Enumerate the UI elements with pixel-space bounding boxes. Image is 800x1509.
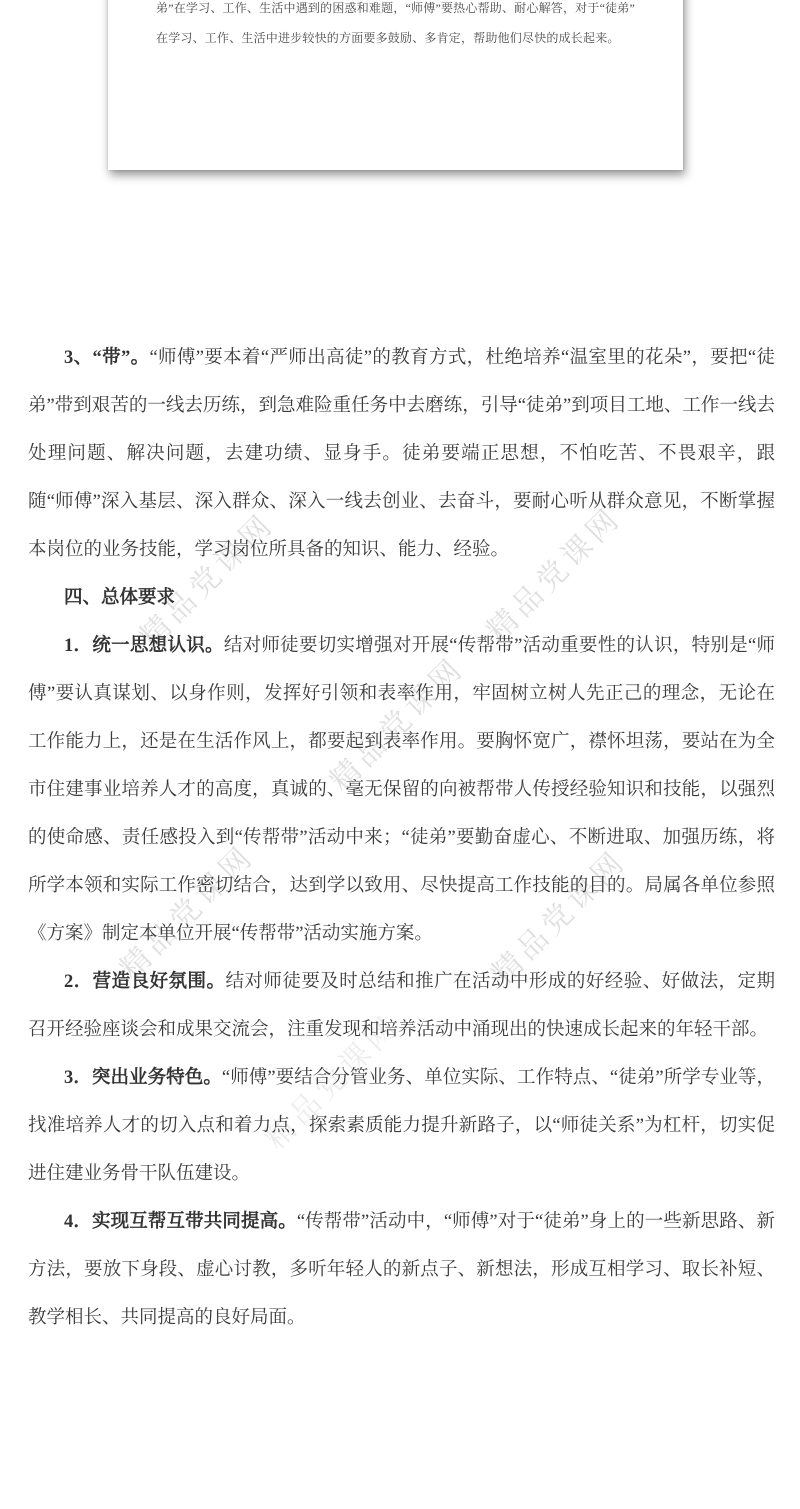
paragraph-lead: 3．突出业务特色。	[64, 1068, 222, 1088]
paragraph: 1．统一思想认识。结对师徒要切实增强对开展“传帮带”活动重要性的认识，特别是“师…	[28, 622, 775, 958]
paragraph-lead: 1．统一思想认识。	[64, 636, 224, 656]
paragraph-text: “师傅”要本着“严师出高徒”的教育方式，杜绝培养“温室里的花朵”，要把“徒弟”带…	[28, 348, 775, 560]
paragraph: 2．营造良好氛围。结对师徒要及时总结和推广在活动中形成的好经验、好做法，定期召开…	[28, 958, 775, 1054]
preview-line: 在学习、工作、生活中进步较快的方面要多鼓励、多肯定，帮助他们尽快的成长起来。	[156, 23, 653, 53]
paragraph: 3、“带”。“师傅”要本着“严师出高徒”的教育方式，杜绝培养“温室里的花朵”，要…	[28, 334, 775, 574]
section-heading: 四、总体要求	[28, 574, 775, 622]
paragraph-lead: 4．实现互帮互带共同提高。	[64, 1212, 297, 1232]
paragraph-lead: 3、“带”。	[64, 348, 149, 368]
preview-line: 弟”在学习、工作、生活中遇到的困惑和难题，“师傅”要热心帮助、耐心解答，对于“徒…	[156, 0, 653, 23]
page-preview-card: 弟”在学习、工作、生活中遇到的困惑和难题，“师傅”要热心帮助、耐心解答，对于“徒…	[108, 0, 683, 170]
paragraph-lead: 2．营造良好氛围。	[64, 972, 225, 992]
section-heading-text: 四、总体要求	[64, 588, 175, 608]
document-body: 3、“带”。“师傅”要本着“严师出高徒”的教育方式，杜绝培养“温室里的花朵”，要…	[28, 334, 775, 1342]
page-preview-text: 弟”在学习、工作、生活中遇到的困惑和难题，“师傅”要热心帮助、耐心解答，对于“徒…	[156, 0, 653, 53]
paragraph: 4．实现互帮互带共同提高。“传帮带”活动中，“师傅”对于“徒弟”身上的一些新思路…	[28, 1198, 775, 1342]
paragraph: 3．突出业务特色。“师傅”要结合分管业务、单位实际、工作特点、“徒弟”所学专业等…	[28, 1054, 775, 1198]
paragraph-text: 结对师徒要切实增强对开展“传帮带”活动重要性的认识，特别是“师傅”要认真谋划、以…	[28, 636, 775, 944]
